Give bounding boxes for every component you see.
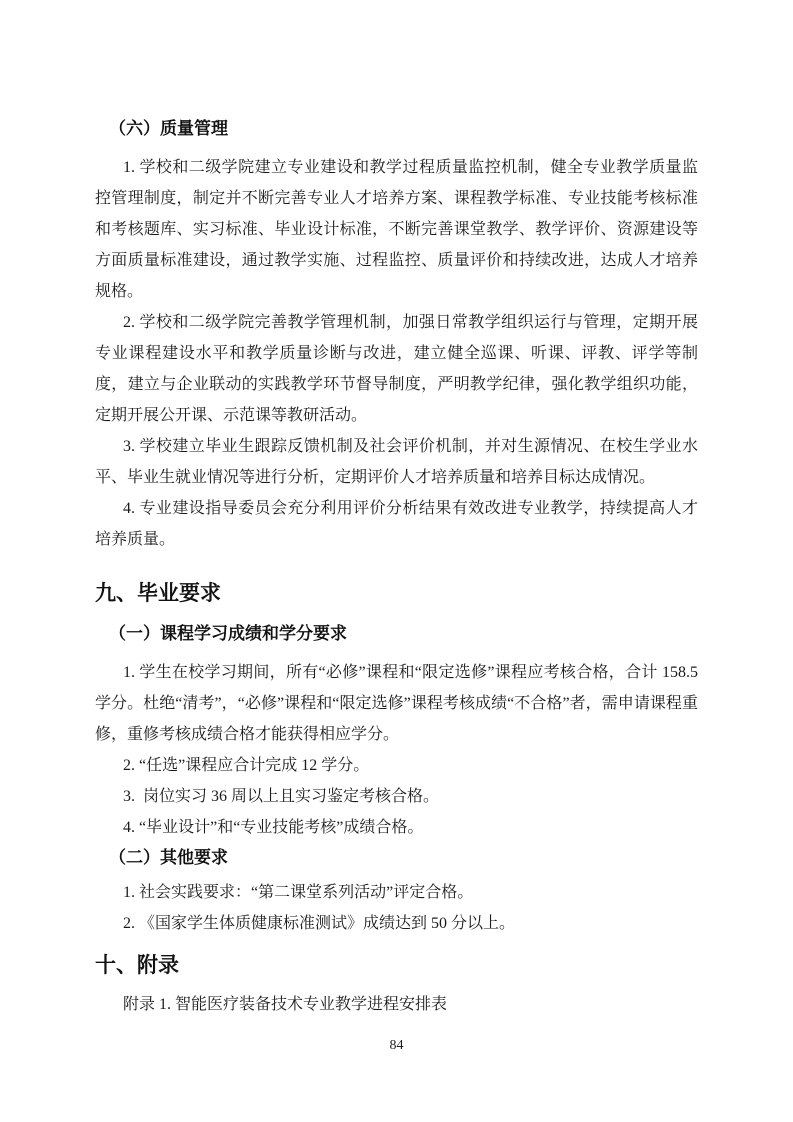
page-number: 84 xyxy=(0,1038,793,1054)
paragraph-other-1: 1. 社会实践要求：“第二课堂系列活动”评定合格。 xyxy=(95,877,698,908)
subsection-heading-course-credit-requirements: （一）课程学习成绩和学分要求 xyxy=(95,621,698,647)
paragraph-quality-2: 2. 学校和二级学院完善教学管理机制，加强日常教学组织运行与管理，定期开展专业课… xyxy=(95,307,698,431)
subsection-heading-quality-management: （六）质量管理 xyxy=(95,116,698,142)
paragraph-quality-4: 4. 专业建设指导委员会充分利用评价分析结果有效改进专业教学，持续提高人才培养质… xyxy=(95,493,698,555)
section-heading-graduation-requirements: 九、毕业要求 xyxy=(95,579,698,609)
paragraph-credit-4: 4. “毕业设计”和“专业技能考核”成绩合格。 xyxy=(95,812,698,843)
paragraph-credit-2: 2. “任选”课程应合计完成 12 学分。 xyxy=(95,750,698,781)
subsection-heading-other-requirements: （二）其他要求 xyxy=(95,845,698,871)
paragraph-appendix-1: 附录 1. 智能医疗装备技术专业教学进程安排表 xyxy=(95,989,698,1020)
paragraph-quality-3: 3. 学校建立毕业生跟踪反馈机制及社会评价机制，并对生源情况、在校生学业水平、毕… xyxy=(95,431,698,493)
paragraph-credit-3: 3. 岗位实习 36 周以上且实习鉴定考核合格。 xyxy=(95,781,698,812)
document-page: （六）质量管理 1. 学校和二级学院建立专业建设和教学过程质量监控机制，健全专业… xyxy=(0,0,793,1122)
paragraph-other-2: 2. 《国家学生体质健康标准测试》成绩达到 50 分以上。 xyxy=(95,908,698,939)
paragraph-credit-1: 1. 学生在校学习期间，所有“必修”课程和“限定选修”课程应考核合格，合计 15… xyxy=(95,657,698,750)
section-heading-appendix: 十、附录 xyxy=(95,951,698,981)
paragraph-quality-1: 1. 学校和二级学院建立专业建设和教学过程质量监控机制，健全专业教学质量监控管理… xyxy=(95,152,698,307)
